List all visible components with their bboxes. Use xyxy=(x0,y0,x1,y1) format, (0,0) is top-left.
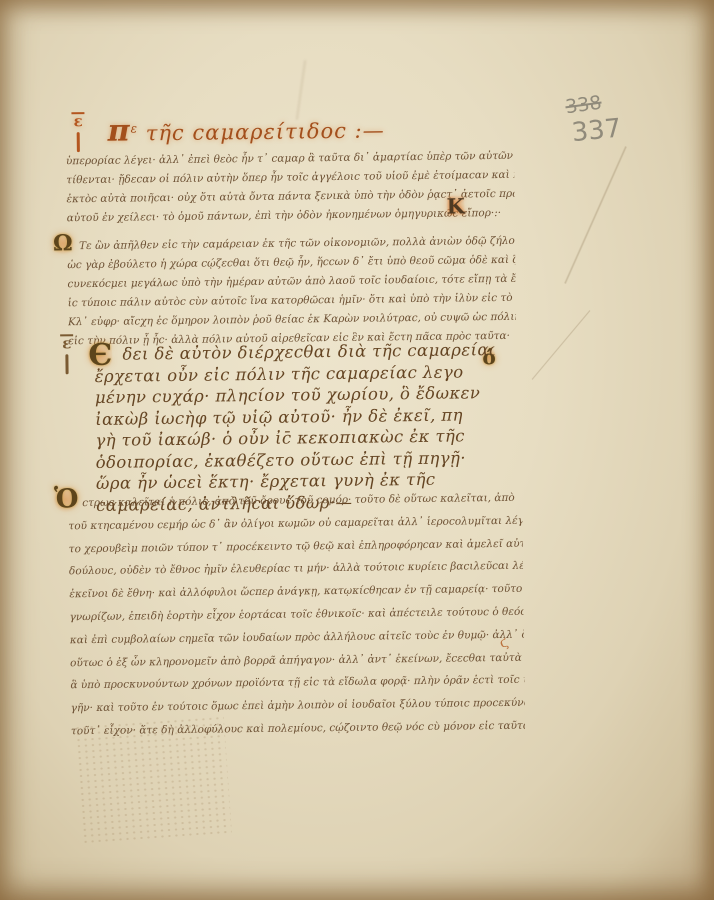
struck-folio-number: 338 xyxy=(564,92,603,119)
page-content: 338 337 ε πε τῆϲ ϲαμαρείτιδοϲ :— ὑπερορί… xyxy=(0,0,714,900)
section-mark-bar xyxy=(77,132,80,152)
folio-number: 337 xyxy=(570,113,622,148)
manuscript-photo: ψμ γεί κό ϲθ τοῖ αϲ ψξ βρ ϲα ημ χμ ϲφ ωπ… xyxy=(0,0,714,900)
gold-initial-omicron: Ὁ xyxy=(54,484,79,514)
heading-initial: π xyxy=(107,114,130,149)
heading-text: τῆϲ ϲαμαρείτιδοϲ :— xyxy=(138,118,385,145)
section-mark-bar xyxy=(65,354,68,374)
text-line: τοῦτ᾽ εἶχον· ἅτε δὴ ἀλλοφύλουϲ καὶ πολεμ… xyxy=(71,715,525,743)
lemma-section-mark-icon: ε xyxy=(60,334,74,374)
gold-initial-omega: Ω xyxy=(53,230,73,256)
rubric-section-mark-icon: ε xyxy=(71,112,85,152)
chapter-heading: πε τῆϲ ϲαμαρείτιδοϲ :— xyxy=(107,110,384,148)
section-mark-letter: ε xyxy=(60,334,73,351)
commentary-block-3: ϲτρωϲ καλεῖται ἡ πόλιϲ, ἀπὸ τοῦ ὄρουϲ το… xyxy=(82,487,525,743)
section-mark-letter: ε xyxy=(71,112,84,129)
commentary-block-2: Τε ὢν ἀπῆλθεν εἰϲ τὴν ϲαμάρειαν ἐκ τῆϲ τ… xyxy=(79,232,516,351)
rubric-initial-kappa: Κ xyxy=(446,193,465,218)
